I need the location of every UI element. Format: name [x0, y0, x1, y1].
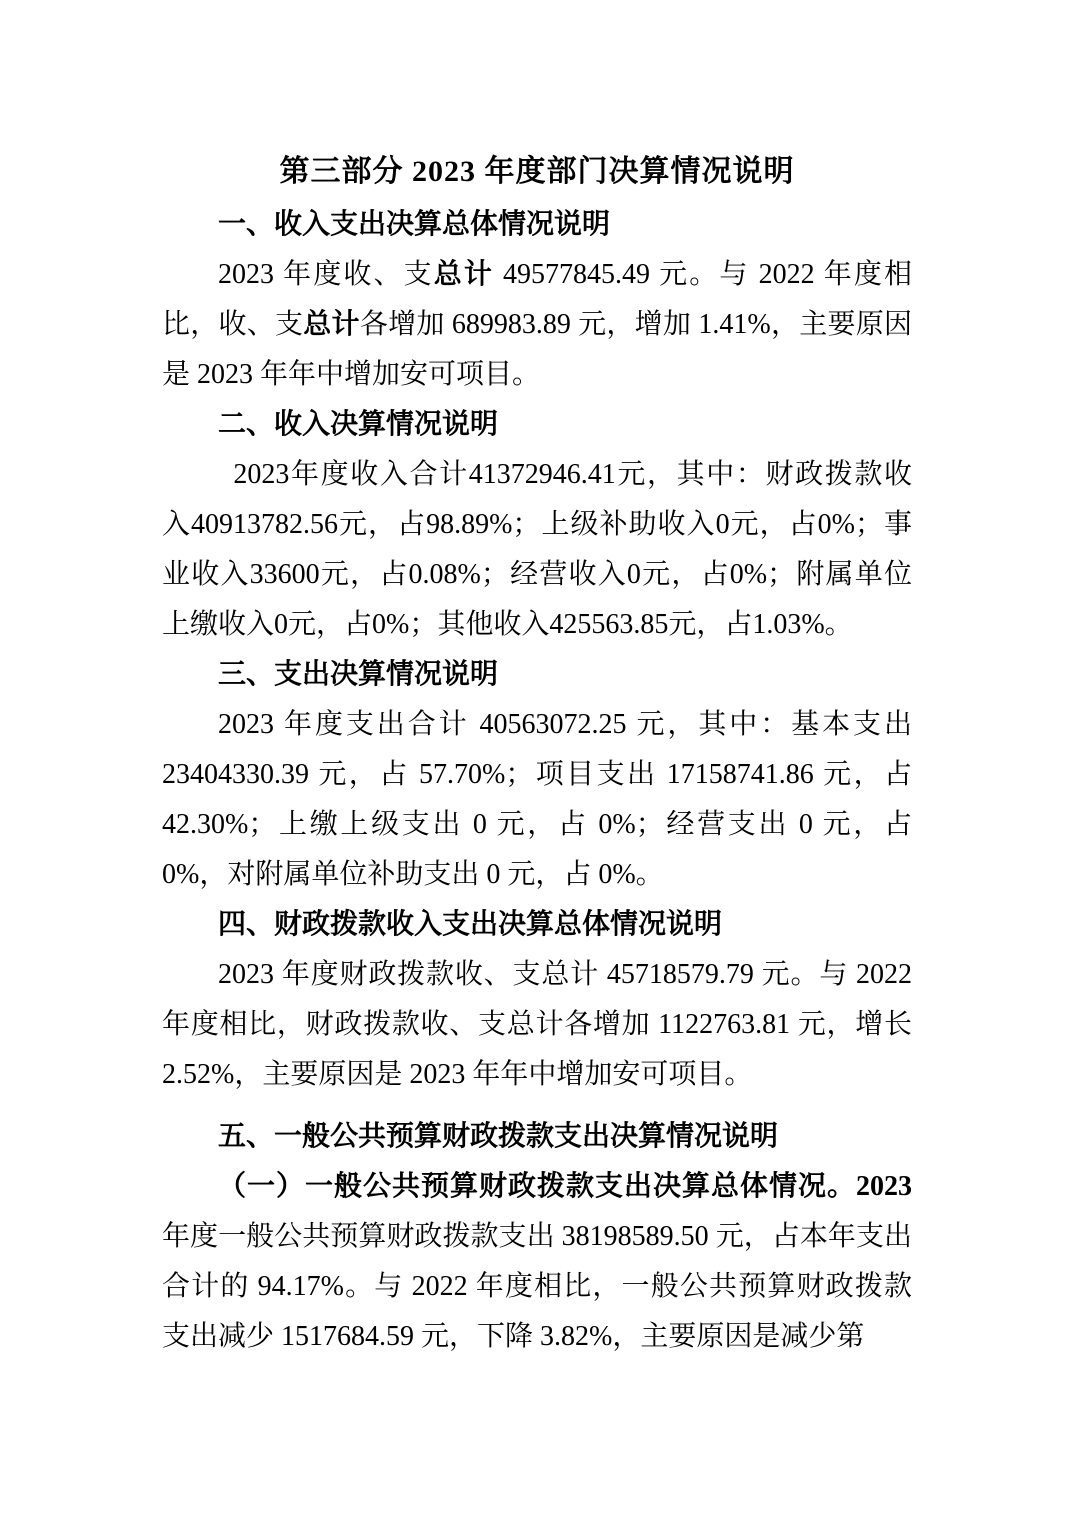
document-page: 第三部分 2023 年度部门决算情况说明 一、收入支出决算总体情况说明 2023…	[0, 0, 1074, 1520]
section-fiscal-appropriation-overview: 四、财政拨款收入支出决算总体情况说明 2023 年度财政拨款收、支总计 4571…	[162, 900, 912, 1100]
text-run: 2023 年度支出合计 40563072.25 元，其中：基本支出 234043…	[162, 709, 912, 890]
section-paragraph-3: 2023 年度支出合计 40563072.25 元，其中：基本支出 234043…	[162, 700, 912, 900]
text-run: 2023 年度收、支	[218, 259, 434, 290]
text-run: 2023 年度财政拨款收、支总计 45718579.79 元。与 2022 年度…	[162, 959, 912, 1090]
section-heading-2: 二、收入决算情况说明	[162, 400, 912, 450]
section-income-statement: 二、收入决算情况说明 2023年度收入合计41372946.41元，其中：财政拨…	[162, 400, 912, 650]
section-heading-4: 四、财政拨款收入支出决算总体情况说明	[162, 900, 912, 950]
text-run: 年度一般公共预算财政拨款支出 38198589.50 元，占本年支出合计的 94…	[162, 1221, 912, 1352]
section-paragraph-2: 2023年度收入合计41372946.41元，其中：财政拨款收入40913782…	[162, 450, 912, 650]
section-paragraph-1: 2023 年度收、支总计 49577845.49 元。与 2022 年度相比，收…	[162, 250, 912, 400]
text-run: 2023年度收入合计41372946.41元，其中：财政拨款收入40913782…	[162, 459, 912, 640]
section-paragraph-4: 2023 年度财政拨款收、支总计 45718579.79 元。与 2022 年度…	[162, 950, 912, 1100]
bold-text-run: 总计	[434, 259, 494, 290]
section-paragraph-5: （一）一般公共预算财政拨款支出决算总体情况。2023 年度一般公共预算财政拨款支…	[162, 1162, 912, 1362]
section-heading-1: 一、收入支出决算总体情况说明	[162, 200, 912, 250]
section-income-expense-overview: 一、收入支出决算总体情况说明 2023 年度收、支总计 49577845.49 …	[162, 200, 912, 400]
bold-text-run: （一）一般公共预算财政拨款支出决算总体情况。2023	[218, 1171, 912, 1202]
bold-text-run: 总计	[303, 309, 360, 340]
section-heading-3: 三、支出决算情况说明	[162, 650, 912, 700]
section-heading-5: 五、一般公共预算财政拨款支出决算情况说明	[162, 1112, 912, 1162]
section-expense-statement: 三、支出决算情况说明 2023 年度支出合计 40563072.25 元，其中：…	[162, 650, 912, 900]
section-general-public-budget: 五、一般公共预算财政拨款支出决算情况说明 （一）一般公共预算财政拨款支出决算总体…	[162, 1112, 912, 1362]
document-content: 第三部分 2023 年度部门决算情况说明 一、收入支出决算总体情况说明 2023…	[162, 150, 912, 1362]
document-title: 第三部分 2023 年度部门决算情况说明	[162, 150, 912, 194]
